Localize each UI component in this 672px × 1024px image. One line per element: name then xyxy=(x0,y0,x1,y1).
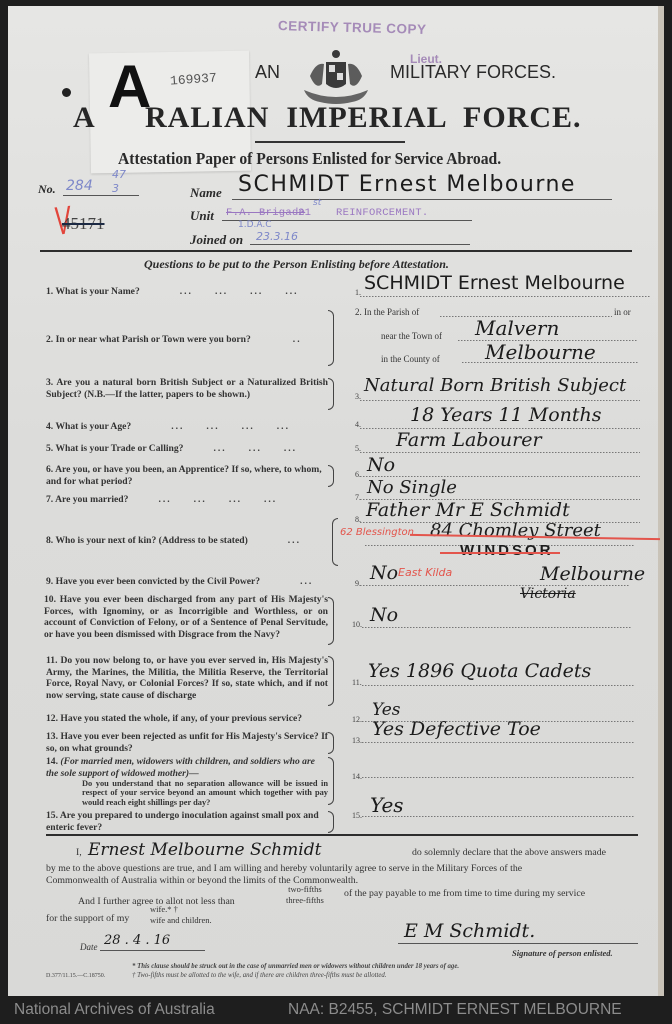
unit-superscript: st xyxy=(313,198,321,208)
brace-q2 xyxy=(328,310,334,366)
aif-title: A RALIAN IMPERIAL FORCE. xyxy=(73,101,582,135)
answer-line-1 xyxy=(360,296,650,297)
answer-4: 18 Years 11 Months xyxy=(410,404,602,426)
answer-line-10 xyxy=(362,627,632,628)
brace-q8 xyxy=(332,518,338,566)
unit-struck-text: F.A. Brigade xyxy=(226,207,305,219)
answer-15: Yes xyxy=(370,793,404,817)
question-9: 9. Have you ever been convicted by the C… xyxy=(46,576,313,588)
answer-num-12: 12. xyxy=(352,715,362,724)
next-of-kin-line-5: Victoria xyxy=(520,586,576,602)
answer-9: No xyxy=(370,562,398,584)
coat-of-arms-icon xyxy=(296,46,376,108)
support-options: wife.* † wife and children. xyxy=(150,904,212,926)
archive-name: National Archives of Australia xyxy=(14,1001,215,1019)
allot-suffix: of the pay payable to me from time to ti… xyxy=(344,887,585,901)
name-field-line xyxy=(232,199,612,200)
town-label: near the Town of xyxy=(381,331,442,341)
unit-annotation: 1.D.A.C xyxy=(238,220,272,230)
question-7: 7. Are you married?... ... ... ... xyxy=(46,494,277,506)
answer-12: Yes xyxy=(372,700,401,720)
answer-num-7: 7. xyxy=(355,493,361,502)
answer-line-3 xyxy=(360,400,640,401)
birth-county: Melbourne xyxy=(485,340,596,364)
no-value: 284 xyxy=(66,178,93,194)
punch-hole xyxy=(62,88,71,97)
answer-11: Yes 1896 Quota Cadets xyxy=(368,660,591,682)
brace-q15 xyxy=(328,811,334,833)
attestation-subtitle: Attestation Paper of Persons Enlisted fo… xyxy=(118,149,501,169)
no-field-line xyxy=(63,195,139,196)
parish-suffix: in or xyxy=(614,307,631,317)
no-fraction-bottom: 3 xyxy=(112,182,119,195)
unit-typed-text: REINFORCEMENT. xyxy=(336,207,428,219)
date-line xyxy=(100,950,205,951)
unit-typed-number: 21 xyxy=(298,207,311,219)
answer-1: SCHMIDT Ernest Melbourne xyxy=(364,272,625,294)
red-suburb-annotation: East Kilda xyxy=(398,566,452,579)
brace-q3 xyxy=(328,378,334,410)
question-11: 11. Do you now belong to, or have you ev… xyxy=(46,655,328,701)
questions-heading: Questions to be put to the Person Enlist… xyxy=(144,257,449,272)
question-2: 2. In or near what Parish or Town were y… xyxy=(46,334,302,346)
date-label: Date xyxy=(80,940,98,954)
next-of-kin-line-4: Melbourne xyxy=(540,563,645,585)
answer-num-9: 9. xyxy=(355,579,361,588)
answer-13: Yes Defective Toe xyxy=(372,718,541,740)
next-of-kin-line-1: Father Mr E Schmidt xyxy=(366,499,570,521)
date-value: 28 . 4 . 16 xyxy=(104,933,170,948)
answer-line-14 xyxy=(362,777,634,778)
answer-line-13 xyxy=(362,742,634,743)
question-8: 8. Who is your next of kin? (Address to … xyxy=(46,535,301,547)
question-3: 3. Are you a natural born British Subjec… xyxy=(46,377,328,400)
brace-q10 xyxy=(328,597,334,645)
signature: E M Schmidt. xyxy=(404,920,535,942)
next-of-kin-line-3: WINDSOR xyxy=(460,542,554,559)
answer-num-13: 13. xyxy=(352,736,362,745)
question-13: 13. Have you ever been rejected as unfit… xyxy=(46,731,328,754)
answer-line-11 xyxy=(362,685,634,686)
header-an: AN xyxy=(255,62,280,83)
joined-label: Joined on xyxy=(190,232,243,248)
footnote-star: * This clause should be struck out in th… xyxy=(132,963,459,970)
name-value: SCHMIDT Ernest Melbourne xyxy=(238,172,576,197)
form-code: D.377/11.15.—C.18750. xyxy=(46,973,105,979)
question-12: 12. Have you stated the whole, if any, o… xyxy=(46,713,302,725)
support-prefix: for the support of my xyxy=(46,912,129,926)
declaration-prefix: I, xyxy=(76,846,82,860)
struck-old-number: 45171 xyxy=(62,214,105,234)
red-strike-windsor xyxy=(440,552,560,554)
brace-q6 xyxy=(328,465,334,487)
brace-q14 xyxy=(328,757,334,805)
answer-num-10: 10. xyxy=(352,620,362,629)
question-15: 15. Are you prepared to undergo inoculat… xyxy=(46,810,328,833)
answer-line-9 xyxy=(360,585,630,586)
question-1: 1. What is your Name?... ... ... ... xyxy=(46,286,299,298)
declaration-signed-name: Ernest Melbourne Schmidt xyxy=(88,840,321,860)
question-4: 4. What is your Age?... ... ... ... xyxy=(46,421,290,433)
parish-label: 2. In the Parish of xyxy=(355,307,419,317)
brace-q11 xyxy=(328,656,334,706)
county-label: in the County of xyxy=(381,354,440,364)
unit-label: Unit xyxy=(190,208,214,224)
title-underline xyxy=(255,141,405,143)
answer-6: No xyxy=(367,454,395,476)
joined-value: 23.3.16 xyxy=(256,230,298,243)
section-rule xyxy=(40,250,632,252)
answer-num-15: 15. xyxy=(352,811,362,820)
answer-7: No Single xyxy=(367,477,457,498)
red-address-annotation: 62 Blessington xyxy=(340,527,414,538)
signature-label: Signature of person enlisted. xyxy=(512,946,613,960)
answer-10: No xyxy=(370,604,398,626)
answer-line-5 xyxy=(360,452,640,453)
answer-5: Farm Labourer xyxy=(396,429,542,451)
allot-fraction: two-fifths three-fifths xyxy=(286,884,324,906)
question-10: 10. Have you ever been discharged from a… xyxy=(44,594,328,640)
joined-field-line xyxy=(250,244,470,245)
answer-num-6: 6. xyxy=(355,470,361,479)
name-label: Name xyxy=(190,185,222,201)
answer-num-11: 11. xyxy=(352,678,362,687)
archive-reference: NAA: B2455, SCHMIDT ERNEST MELBOURNE xyxy=(288,1001,622,1019)
answer-num-14: 14. xyxy=(352,772,362,781)
no-fraction-top: 47 xyxy=(112,168,126,181)
question-14: 14. (For married men, widowers with chil… xyxy=(46,756,328,807)
birth-town: Malvern xyxy=(475,316,559,340)
signature-line xyxy=(398,943,638,944)
brace-q13 xyxy=(328,732,334,754)
header-military-forces: MILITARY FORCES. xyxy=(390,62,556,83)
question-6: 6. Are you, or have you been, an Apprent… xyxy=(46,464,328,487)
declaration-line-1: do solemnly declare that the above answe… xyxy=(412,846,606,860)
answer-3: Natural Born British Subject xyxy=(364,375,626,396)
footnote-dagger: † Two-fifths must be allotted to the wif… xyxy=(132,972,386,979)
no-label: No. xyxy=(38,182,56,197)
declaration-rule xyxy=(46,834,638,836)
question-5: 5. What is your Trade or Calling?... ...… xyxy=(46,443,297,455)
